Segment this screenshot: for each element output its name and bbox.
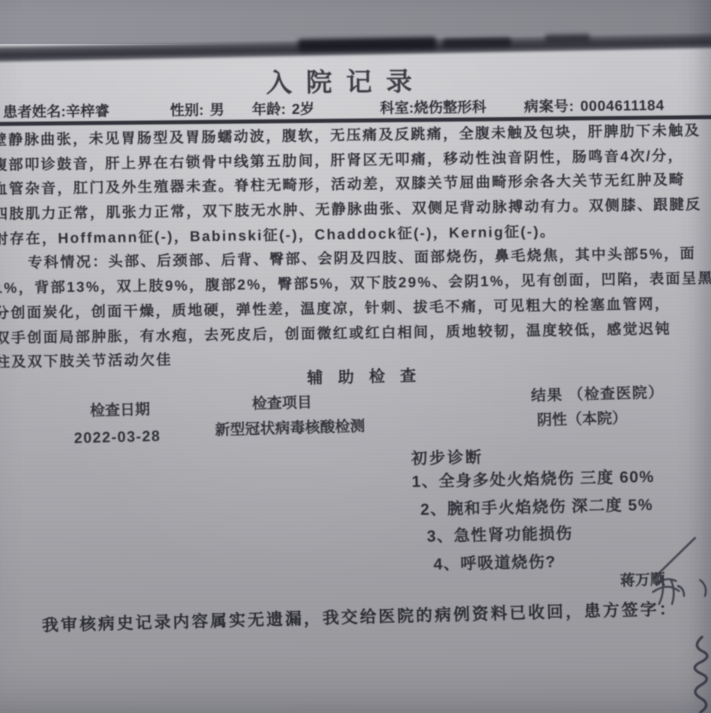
document-title: 入院记录 [236,61,456,100]
physician-name-printed: 蒋万顺 [620,568,666,591]
patient-gender-field: 性别:男 [170,99,225,121]
patient-age-field: 年龄:2岁 [252,98,315,120]
department-field: 科室:烧伤整形科 [380,96,487,118]
preliminary-diagnosis-block: 初步诊断 1、全身多处火焰烧伤 三度 60% 2、腕和手火焰烧伤 深二度 5% … [411,441,657,579]
aux-exam-heading: 辅助检查 [307,363,432,389]
aux-exam-column-item: 检查项目 [252,391,313,414]
admission-record-photo: 入院记录 患者姓名:辛梓睿 性别:男 年龄:2岁 科室:烧伤整形科 病案号:00… [0,0,711,713]
aux-exam-date-value: 2022-03-28 [74,428,161,447]
aux-exam-column-result: 结果 （检查医院） [531,381,665,405]
aux-exam-column-date: 检查日期 [90,398,151,421]
aux-exam-item-value: 新型冠状病毒核酸检测 [215,415,366,440]
case-number-field: 病案号:0004611184 [524,94,665,116]
aux-exam-result-value: 阴性（本院） [537,407,628,430]
document-content: 入院记录 患者姓名:辛梓睿 性别:男 年龄:2岁 科室:烧伤整形科 病案号:00… [0,0,711,713]
patient-name-field: 患者姓名:辛梓睿 [3,100,110,122]
diagnosis-item: 2、腕和手火焰烧伤 深二度 5% [420,491,655,524]
exam-findings-paragraph: 壁静脉曲张，未见胃肠型及胃肠蠕动波，腹软，无压痛及反跳痛，全腹未触及包块，肝脾肋… [0,119,711,376]
patient-handwritten-signature [676,634,711,713]
review-statement: 我审核病史记录内容属实无遗漏，我交给医院的病例资料已收回，患方签字： [42,594,711,636]
